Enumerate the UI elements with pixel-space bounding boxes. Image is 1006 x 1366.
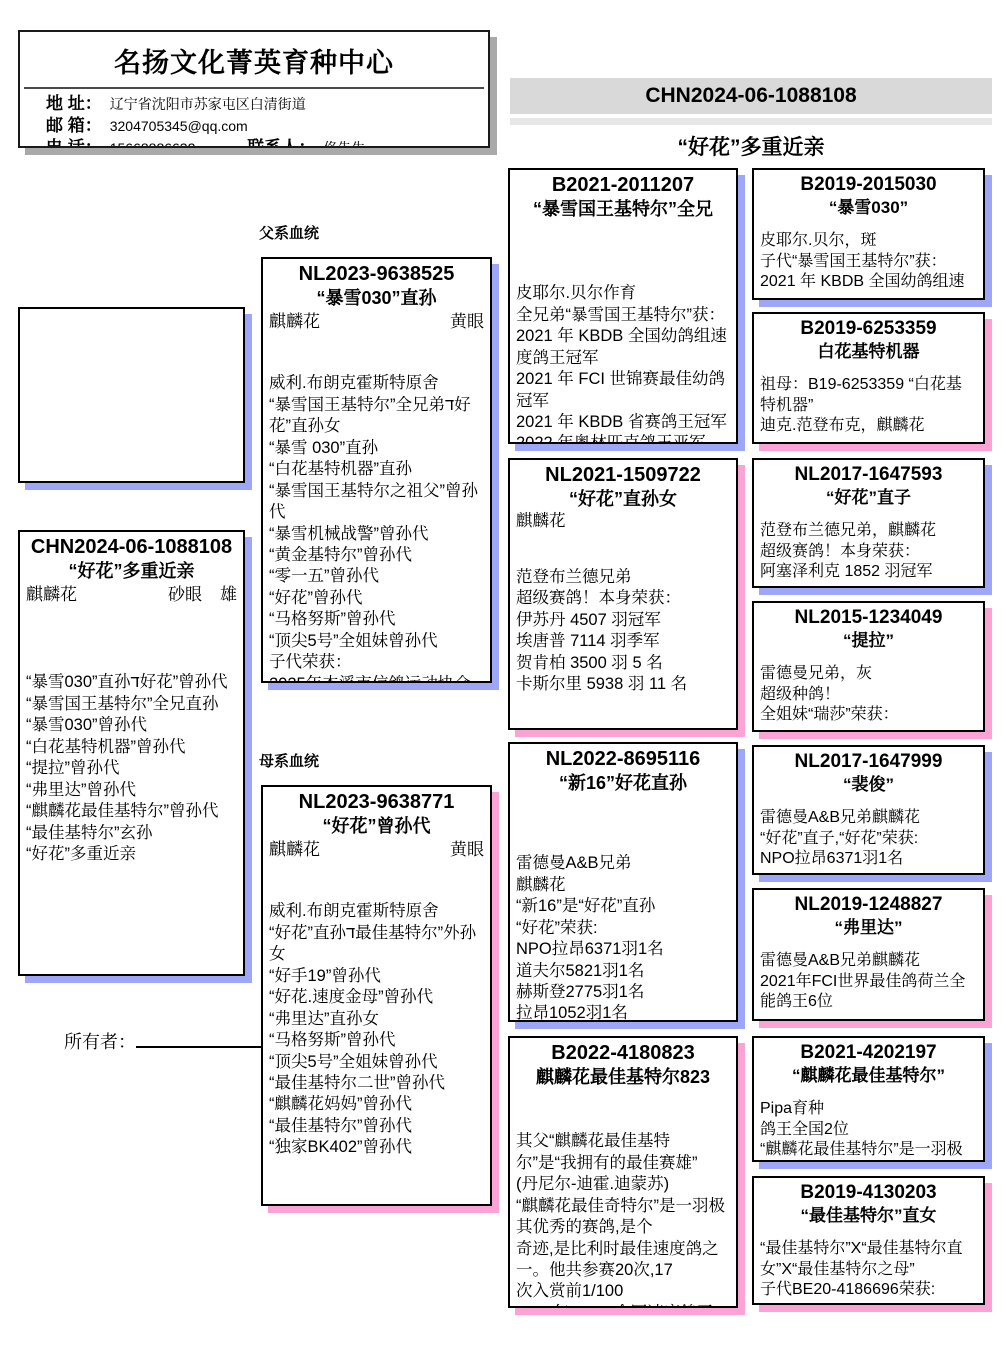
- great-grandparent-8-details: “最佳基特尔”X“最佳基特尔直女”X“最佳基特尔之母” 子代BE20-41866…: [760, 1239, 977, 1301]
- great-grandparent-box-5: NL2017-1647999 “裴俊” 雷德曼A&B兄弟麒麟花 “好花”直子,“…: [752, 745, 985, 875]
- sire-trait-row: 麒麟花 黄眼: [269, 311, 484, 333]
- sire-details: 威利.布朗克霍斯特原舍 “暴雪国王基特尔”全兄弟ד好花”直孙女 “暴雪 030”…: [269, 373, 484, 683]
- dam-box: NL2023-9638771 “好花”曾孙代 麒麟花 黄眼 威利.布朗克霍斯特原…: [261, 785, 492, 1206]
- owner-label: 所有者：: [64, 1032, 136, 1052]
- subject-eye: 砂眼: [168, 584, 202, 606]
- dam-ring: NL2023-9638771: [269, 790, 484, 815]
- email-label: 邮 箱：: [46, 115, 102, 136]
- great-grandparent-3-details: 范登布兰德兄弟，麒麟花 超级赛鸽！本身荣获： 阿塞泽利克 1852 羽冠军: [760, 521, 977, 583]
- phone-value: 15668886632: [110, 138, 196, 148]
- subject-feather: 麒麟花: [26, 584, 77, 606]
- grandparent-3-details: 雷德曼A&B兄弟 麒麟花 “新16”是“好花”直孙 “好花”荣获: NPO拉昂6…: [516, 853, 730, 1022]
- great-grandparent-3-ring: NL2017-1647593: [760, 463, 977, 487]
- great-grandparent-4-name: “提拉”: [760, 630, 977, 652]
- great-grandparent-6-ring: NL2019-1248827: [760, 893, 977, 917]
- dam-details: 威利.布朗克霍斯特原舍 “好花”直孙ד最佳基特尔”外孙女 “好手19”曾孙代 “…: [269, 901, 484, 1158]
- great-grandparent-box-6: NL2019-1248827 “弗里达” 雷德曼A&B兄弟麒麟花 2021年FC…: [752, 888, 985, 1021]
- dam-feather: 麒麟花: [269, 839, 320, 861]
- great-grandparent-6-name: “弗里达”: [760, 917, 977, 939]
- great-grandparent-5-details: 雷德曼A&B兄弟麒麟花 “好花”直子,“好花”荣获: NPO拉昂6371羽1名: [760, 808, 977, 870]
- breeder-contact-rows: 地 址： 辽宁省沈阳市苏家屯区白清街道 邮 箱： 3204705345@qq.c…: [20, 89, 488, 148]
- great-grandparent-8-ring: B2019-4130203: [760, 1181, 977, 1205]
- grandparent-2-ring: NL2021-1509722: [516, 463, 730, 488]
- contact-value: 佟先生: [323, 138, 365, 148]
- sire-eye: 黄眼: [450, 311, 484, 333]
- grandparent-2-name: “好花”直孙女: [516, 488, 730, 511]
- subject-bird-box: CHN2024-06-1088108 “好花”多重近亲 麒麟花 砂眼 雄 “暴雪…: [18, 530, 245, 976]
- email-row: 邮 箱： 3204705345@qq.com: [46, 115, 478, 137]
- breeder-center-name: 名扬文化菁英育种中心: [20, 32, 488, 80]
- great-grandparent-box-7: B2021-4202197 “麒麟花最佳基特尔” Pipa育种 鸽王全国2位 “…: [752, 1036, 985, 1162]
- great-grandparent-1-name: “暴雪030”: [760, 197, 977, 219]
- grandparent-1-name: “暴雪国王基特尔”全兄: [516, 198, 730, 221]
- grandparent-box-3: NL2022-8695116 “新16”好花直孙 雷德曼A&B兄弟 麒麟花 “新…: [508, 742, 738, 1022]
- photo-placeholder-box: [18, 307, 245, 483]
- owner-line: 所有者：: [64, 1028, 274, 1054]
- phone-row: 电 话： 15668886632 联系人： 佟先生: [46, 137, 478, 148]
- ring-bar-substrip: [510, 118, 992, 125]
- grandparent-box-2: NL2021-1509722 “好花”直孙女 麒麟花 范登布兰德兄弟 超级赛鸽！…: [508, 458, 738, 730]
- dam-trait-row: 麒麟花 黄眼: [269, 839, 484, 861]
- subject-name: “好花”多重近亲: [26, 560, 237, 583]
- owner-blank-line: [136, 1030, 274, 1048]
- grandparent-box-4: B2022-4180823 麒麟花最佳基特尔823 其父“麒麟花最佳基特尔”是“…: [508, 1036, 738, 1308]
- address-label: 地 址：: [46, 93, 102, 114]
- great-grandparent-5-ring: NL2017-1647999: [760, 750, 977, 774]
- grandparent-3-ring: NL2022-8695116: [516, 747, 730, 772]
- grandparent-2-details: 范登布兰德兄弟 超级赛鸽！本身荣获： 伊苏丹 4507 羽冠军 埃唐普 7114…: [516, 567, 730, 696]
- dam-eye: 黄眼: [450, 839, 484, 861]
- great-grandparent-2-details: 祖母：B19-6253359 “白花基特机器” 迪克.范登布克，麒麟花: [760, 375, 977, 437]
- great-grandparent-8-name: “最佳基特尔”直女: [760, 1205, 977, 1227]
- grandparent-1-ring: B2021-2011207: [516, 173, 730, 198]
- pedigree-sheet: 名扬文化菁英育种中心 地 址： 辽宁省沈阳市苏家屯区白清街道 邮 箱： 3204…: [0, 0, 1006, 1366]
- great-grandparent-3-name: “好花”直子: [760, 487, 977, 509]
- great-grandparent-1-ring: B2019-2015030: [760, 173, 977, 197]
- sire-feather: 麒麟花: [269, 311, 320, 333]
- great-grandparent-box-2: B2019-6253359 白花基特机器 祖母：B19-6253359 “白花基…: [752, 312, 985, 444]
- grandparent-4-details: 其父“麒麟花最佳基特尔”是“我拥有的最佳赛雄” (丹尼尔-迪霍.迪蒙苏) “麒麟…: [516, 1131, 730, 1308]
- subject-sex: 雄: [220, 584, 237, 606]
- dam-name: “好花”曾孙代: [269, 815, 484, 838]
- great-grandparent-7-ring: B2021-4202197: [760, 1041, 977, 1065]
- great-grandparent-4-details: 雷德曼兄弟，灰 超级种鸽！ 全姐妹“瑞莎”荣获：: [760, 664, 977, 726]
- address-row: 地 址： 辽宁省沈阳市苏家屯区白清街道: [46, 93, 478, 115]
- great-grandparent-2-ring: B2019-6253359: [760, 317, 977, 341]
- grandparent-4-ring: B2022-4180823: [516, 1041, 730, 1066]
- breeder-header-box: 名扬文化菁英育种中心 地 址： 辽宁省沈阳市苏家屯区白清街道 邮 箱： 3204…: [18, 30, 490, 148]
- mother-lineage-label: 母系血统: [259, 750, 319, 771]
- grandparent-3-name: “新16”好花直孙: [516, 772, 730, 795]
- great-grandparent-box-8: B2019-4130203 “最佳基特尔”直女 “最佳基特尔”X“最佳基特尔直女…: [752, 1176, 985, 1305]
- phone-label: 电 话：: [46, 137, 102, 148]
- grandparent-1-details: 皮耶尔.贝尔作育 全兄弟“暴雪国王基特尔”获： 2021 年 KBDB 全国幼鸽…: [516, 283, 730, 444]
- ring-number-bar: CHN2024-06-1088108: [510, 78, 992, 114]
- subject-trait-row: 麒麟花 砂眼 雄: [26, 584, 237, 606]
- great-grandparent-1-details: 皮耶尔.贝尔，斑 子代“暴雪国王基特尔”获： 2021 年 KBDB 全国幼鸽组…: [760, 231, 977, 293]
- email-value: 3204705345@qq.com: [110, 116, 248, 137]
- contact-label: 联系人：: [247, 137, 315, 148]
- great-grandparent-box-1: B2019-2015030 “暴雪030” 皮耶尔.贝尔，斑 子代“暴雪国王基特…: [752, 168, 985, 300]
- sire-name: “暴雪030”直孙: [269, 287, 484, 310]
- great-grandparent-box-4: NL2015-1234049 “提拉” 雷德曼兄弟，灰 超级种鸽！ 全姐妹“瑞莎…: [752, 601, 985, 732]
- sire-ring: NL2023-9638525: [269, 262, 484, 287]
- grandparent-2-feather: 麒麟花: [516, 511, 730, 532]
- great-grandparent-6-details: 雷德曼A&B兄弟麒麟花 2021年FCI世界最佳鸽荷兰全能鸽王6位: [760, 951, 977, 1013]
- great-grandparent-5-name: “裴俊”: [760, 774, 977, 796]
- subject-details: “暴雪030”直孙ד好花”曾孙代 “暴雪国王基特尔”全兄直孙 “暴雪030”曾孙…: [26, 672, 237, 865]
- grandparent-box-1: B2021-2011207 “暴雪国王基特尔”全兄 皮耶尔.贝尔作育 全兄弟“暴…: [508, 168, 738, 444]
- great-grandparent-2-name: 白花基特机器: [760, 341, 977, 363]
- great-grandparent-box-3: NL2017-1647593 “好花”直子 范登布兰德兄弟，麒麟花 超级赛鸽！本…: [752, 458, 985, 588]
- father-lineage-label: 父系血统: [259, 222, 319, 243]
- subject-ring: CHN2024-06-1088108: [26, 535, 237, 560]
- great-grandparent-7-name: “麒麟花最佳基特尔”: [760, 1065, 977, 1087]
- pedigree-title: “好花”多重近亲: [510, 131, 992, 161]
- grandparent-4-name: 麒麟花最佳基特尔823: [516, 1066, 730, 1089]
- address-value: 辽宁省沈阳市苏家屯区白清街道: [110, 94, 306, 115]
- sire-box: NL2023-9638525 “暴雪030”直孙 麒麟花 黄眼 威利.布朗克霍斯…: [261, 257, 492, 683]
- great-grandparent-4-ring: NL2015-1234049: [760, 606, 977, 630]
- great-grandparent-7-details: Pipa育种 鸽王全国2位 “麒麟花最佳基特尔”是一羽极其: [760, 1099, 977, 1162]
